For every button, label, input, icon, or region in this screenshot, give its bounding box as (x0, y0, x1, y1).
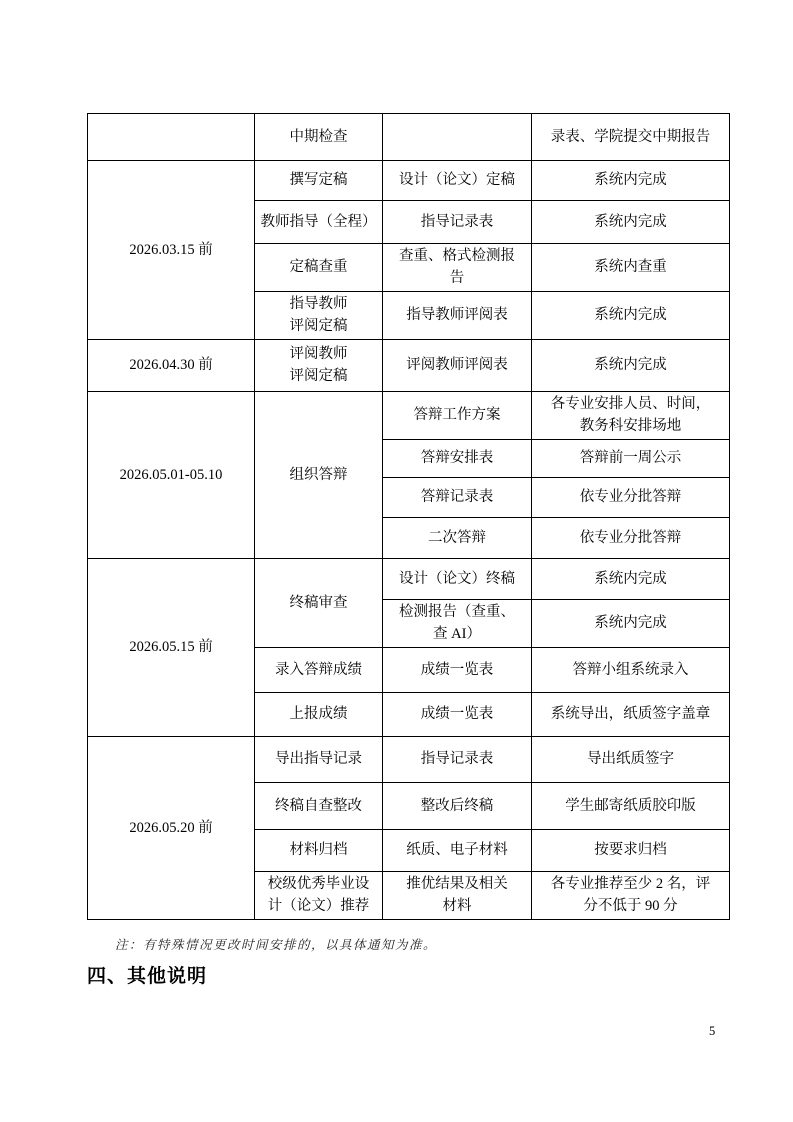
table-row: 2026.04.30 前评阅教师 评阅定稿评阅教师评阅表系统内完成 (88, 339, 730, 391)
table-cell (383, 114, 532, 161)
table-row: 2026.03.15 前撰写定稿设计（论文）定稿系统内完成 (88, 161, 730, 201)
table-cell: 纸质、电子材料 (383, 829, 532, 871)
table-row: 2026.05.01-05.10组织答辩答辩工作方案各专业安排人员、时间， 教务… (88, 391, 730, 439)
table-cell: 检测报告（查重、 查 AI） (383, 599, 532, 647)
table-cell: 学生邮寄纸质胶印版 (532, 782, 730, 829)
table-cell: 2026.04.30 前 (88, 339, 255, 391)
table-cell: 校级优秀毕业设 计（论文）推荐 (255, 871, 383, 919)
table-cell: 指导记录表 (383, 736, 532, 782)
table-cell: 教师指导（全程） (255, 201, 383, 244)
table-cell: 系统内完成 (532, 339, 730, 391)
table-cell: 指导教师评阅表 (383, 291, 532, 339)
table-cell: 系统导出，纸质签字盖章 (532, 692, 730, 736)
table-cell: 按要求归档 (532, 829, 730, 871)
table-cell: 终稿审查 (255, 558, 383, 647)
table-cell: 2026.05.01-05.10 (88, 391, 255, 558)
table-cell: 查重、格式检测报 告 (383, 244, 532, 292)
table-cell: 推优结果及相关 材料 (383, 871, 532, 919)
table-cell: 成绩一览表 (383, 692, 532, 736)
table-note: 注：有特殊情况更改时间安排的，以具体通知为准。 (115, 935, 437, 953)
table-cell (88, 114, 255, 161)
table-cell: 系统内完成 (532, 599, 730, 647)
table-cell: 评阅教师 评阅定稿 (255, 339, 383, 391)
table-row: 2026.05.20 前导出指导记录指导记录表导出纸质签字 (88, 736, 730, 782)
table-cell: 成绩一览表 (383, 647, 532, 692)
table-cell: 2026.05.20 前 (88, 736, 255, 919)
table-cell: 各专业推荐至少 2 名，评 分不低于 90 分 (532, 871, 730, 919)
table-cell: 指导教师 评阅定稿 (255, 291, 383, 339)
table-cell: 终稿自查整改 (255, 782, 383, 829)
table-row: 中期检查录表、学院提交中期报告 (88, 114, 730, 161)
table-cell: 答辩记录表 (383, 477, 532, 517)
table-cell: 整改后终稿 (383, 782, 532, 829)
table-cell: 答辩前一周公示 (532, 439, 730, 477)
table-cell: 上报成绩 (255, 692, 383, 736)
table-cell: 录入答辩成绩 (255, 647, 383, 692)
table-cell: 依专业分批答辩 (532, 517, 730, 558)
table-cell: 依专业分批答辩 (532, 477, 730, 517)
table-cell: 系统内完成 (532, 201, 730, 244)
table-cell: 各专业安排人员、时间， 教务科安排场地 (532, 391, 730, 439)
table-cell: 评阅教师评阅表 (383, 339, 532, 391)
table-cell: 系统内完成 (532, 291, 730, 339)
table-cell: 2026.03.15 前 (88, 161, 255, 340)
schedule-table: 中期检查录表、学院提交中期报告2026.03.15 前撰写定稿设计（论文）定稿系… (87, 113, 730, 920)
table-cell: 录表、学院提交中期报告 (532, 114, 730, 161)
table-cell: 设计（论文）定稿 (383, 161, 532, 201)
table-cell: 系统内查重 (532, 244, 730, 292)
table-row: 2026.05.15 前终稿审查设计（论文）终稿系统内完成 (88, 558, 730, 599)
table-cell: 答辩工作方案 (383, 391, 532, 439)
table-cell: 系统内完成 (532, 161, 730, 201)
page-number: 5 (709, 1024, 715, 1039)
table-cell: 指导记录表 (383, 201, 532, 244)
document-page: 中期检查录表、学院提交中期报告2026.03.15 前撰写定稿设计（论文）定稿系… (0, 0, 793, 1122)
table-cell: 二次答辩 (383, 517, 532, 558)
table-cell: 2026.05.15 前 (88, 558, 255, 736)
table-cell: 组织答辩 (255, 391, 383, 558)
table-cell: 中期检查 (255, 114, 383, 161)
table-cell: 设计（论文）终稿 (383, 558, 532, 599)
table-cell: 答辩安排表 (383, 439, 532, 477)
table-cell: 撰写定稿 (255, 161, 383, 201)
table-cell: 导出指导记录 (255, 736, 383, 782)
table-cell: 导出纸质签字 (532, 736, 730, 782)
table-cell: 答辩小组系统录入 (532, 647, 730, 692)
table-cell: 定稿查重 (255, 244, 383, 292)
section-heading: 四、其他说明 (87, 961, 207, 988)
table-cell: 材料归档 (255, 829, 383, 871)
table-cell: 系统内完成 (532, 558, 730, 599)
